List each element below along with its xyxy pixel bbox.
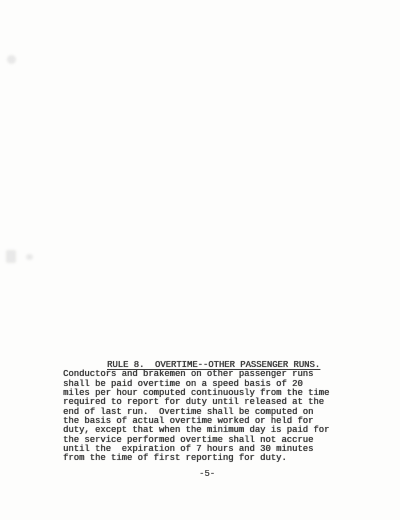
body-line: from the time of first reporting for dut…: [63, 454, 353, 463]
scan-smudge: [7, 55, 16, 64]
scan-smudge: [26, 254, 33, 260]
document-page: RULE 8. OVERTIME--OTHER PASSENGER RUNS. …: [0, 0, 400, 520]
rule-text-block: RULE 8. OVERTIME--OTHER PASSENGER RUNS. …: [63, 361, 353, 464]
page-number: -5-: [192, 470, 222, 479]
scan-smudge: [6, 250, 16, 263]
